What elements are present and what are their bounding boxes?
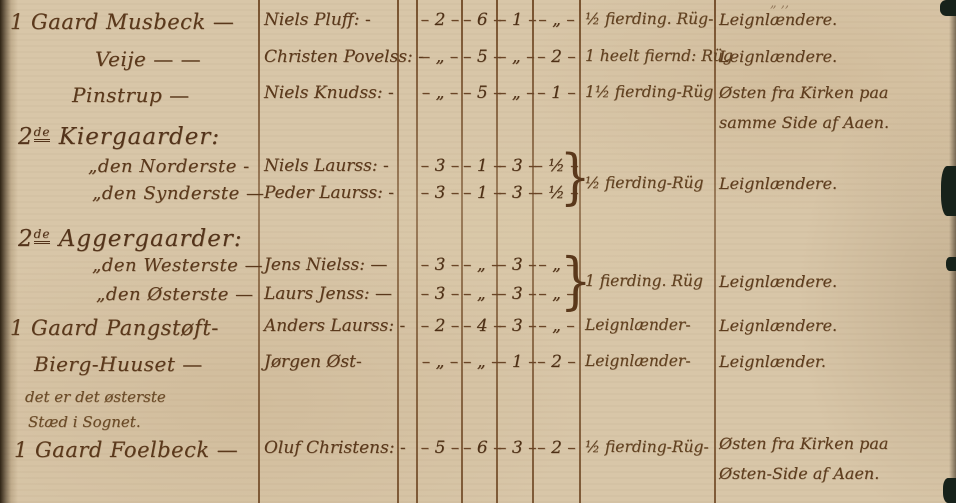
hartkorn-td: „ [419, 47, 461, 67]
farm-name: „den Synderste — [92, 183, 265, 204]
hartkorn-skp: 1 [463, 183, 496, 203]
tenure-note: Leignlændere. [719, 316, 945, 335]
section-name: Aggergaarder: [59, 226, 243, 252]
farm-name: Bierg-Huuset — [34, 352, 203, 376]
manuscript-page: 1 Gaard Musbeck — Niels Pluff: - 2 6 1 „… [0, 0, 956, 503]
hartkorn-fjk: 3 [498, 316, 532, 336]
tenant-name: Christen Povelss: - [264, 47, 398, 67]
landgilde-entry: 1 heelt fiernd: Rüg [585, 47, 711, 65]
hartkorn-td: 2 [419, 10, 461, 30]
hartkorn-td: „ [419, 352, 461, 372]
tenant-name: Jørgen Øst- [264, 352, 398, 372]
table-row: Bierg-Huuset — Jørgen Øst- „ „ 1 2 Leign… [0, 352, 956, 382]
hartkorn-fjk: 3 [498, 255, 532, 275]
table-row: Veije — — Christen Povelss: - „ 5 „ 2 1 … [0, 47, 956, 77]
landgilde-entry: Leignlænder- [585, 352, 711, 370]
hartkorn-fjk: 1 [498, 352, 532, 372]
tenure-note: Leignlænder. [719, 352, 945, 371]
table-row: 1 Gaard Pangstøft- Anders Laurss: - 2 4 … [0, 316, 956, 346]
hartkorn-alb: 1 [534, 83, 579, 103]
tenure-note: Leignlændere. [719, 10, 945, 29]
section-header-row: 2de Kiergaarder: [0, 124, 956, 154]
landgilde-entry: Leignlænder- [585, 316, 711, 334]
hartkorn-alb: 2 [534, 352, 579, 372]
hartkorn-fjk: 1 [498, 10, 532, 30]
tenant-name: Jens Nielss: — [264, 255, 398, 275]
section-name: Kiergaarder: [59, 124, 220, 150]
section-number: 2 [18, 226, 34, 252]
hartkorn-alb: 2 [534, 47, 579, 67]
hartkorn-alb: „ [534, 316, 579, 336]
ink-blot [941, 166, 956, 216]
gutter-shadow [0, 0, 18, 503]
landgilde-entry: ½ fierding-Rüg- [585, 438, 711, 456]
hartkorn-fjk: 3 [498, 156, 532, 176]
hartkorn-skp: „ [463, 284, 496, 304]
section-number: 2 [18, 124, 34, 150]
hartkorn-alb: 2 [534, 438, 579, 458]
section-number-suffix: de [34, 125, 51, 142]
ink-blot [943, 478, 956, 503]
tenure-note-line2: Østen-Side af Aaen. [719, 464, 945, 483]
farm-name: 1 Gaard Pangstøft- [10, 316, 219, 340]
hartkorn-fjk: „ [498, 47, 532, 67]
tenant-name: Niels Laurss: - [264, 156, 398, 176]
hartkorn-skp: 6 [463, 438, 496, 458]
hartkorn-skp: 4 [463, 316, 496, 336]
hartkorn-skp: 5 [463, 83, 496, 103]
ink-blot [940, 0, 956, 16]
hartkorn-skp: 5 [463, 47, 496, 67]
tenure-note: Østen fra Kirken paa [719, 434, 945, 453]
tenant-name: Oluf Christens: - [264, 438, 398, 458]
farm-name: „den Norderste - [88, 156, 250, 177]
marginal-annotation: det er det østerste [25, 388, 166, 406]
hartkorn-td: „ [419, 83, 461, 103]
farm-name: Pinstrup — [72, 83, 190, 107]
page-edge-shadow [949, 0, 956, 503]
hartkorn-fjk: „ [498, 83, 532, 103]
table-row: Pinstrup — Niels Knudss: - „ 5 „ 1 1½ fi… [0, 83, 956, 113]
hartkorn-td: 3 [419, 255, 461, 275]
hartkorn-skp: „ [463, 255, 496, 275]
tenant-name: Anders Laurss: - [264, 316, 398, 336]
hartkorn-skp: 1 [463, 156, 496, 176]
hartkorn-td: 3 [419, 156, 461, 176]
farm-name: Veije — — [95, 47, 201, 71]
hartkorn-td: 2 [419, 316, 461, 336]
section-header: 2de Aggergaarder: [18, 226, 243, 252]
tenure-note: Leignlændere. [719, 174, 945, 193]
section-number-suffix: de [34, 227, 51, 244]
section-header: 2de Kiergaarder: [18, 124, 220, 150]
tenure-note: Leignlændere. [719, 272, 945, 291]
farm-name: „den Westerste — [92, 255, 263, 276]
table-row: 1 Gaard Foelbeck — Oluf Christens: - 5 6… [0, 438, 956, 468]
hartkorn-fjk: 3 [498, 183, 532, 203]
tenure-note: Østen fra Kirken paa [719, 83, 945, 102]
hartkorn-skp: 6 [463, 10, 496, 30]
farm-name: 1 Gaard Foelbeck — [14, 438, 238, 462]
landgilde-entry: ½ fierding-Rüg [585, 174, 711, 192]
section-header-row: 2de Aggergaarder: [0, 226, 956, 256]
hartkorn-alb: „ [534, 10, 579, 30]
hartkorn-td: 5 [419, 438, 461, 458]
landgilde-entry: 1 fierding. Rüg [585, 272, 711, 290]
farm-name: „den Østerste — [96, 284, 254, 305]
edge-stroke-marks: „ ,, [770, 0, 789, 11]
tenure-note: Leignlændere. [719, 47, 945, 66]
hartkorn-td: 3 [419, 183, 461, 203]
landgilde-entry: ½ fierding. Rüg- [585, 10, 711, 28]
hartkorn-fjk: 3 [498, 284, 532, 304]
tenant-name: Niels Knudss: - [264, 83, 398, 103]
tenant-name: Niels Pluff: - [264, 10, 398, 30]
landgilde-entry: 1½ fierding-Rüg [585, 83, 711, 101]
marginal-annotation: Stæd i Sognet. [28, 413, 141, 431]
table-row: 1 Gaard Musbeck — Niels Pluff: - 2 6 1 „… [0, 10, 956, 40]
tenant-name: Laurs Jenss: — [264, 284, 398, 304]
hartkorn-skp: „ [463, 352, 496, 372]
hartkorn-td: 3 [419, 284, 461, 304]
farm-name: 1 Gaard Musbeck — [10, 10, 234, 34]
ink-blot [946, 257, 956, 271]
tenant-name: Peder Laurss: - [264, 183, 398, 203]
hartkorn-fjk: 3 [498, 438, 532, 458]
